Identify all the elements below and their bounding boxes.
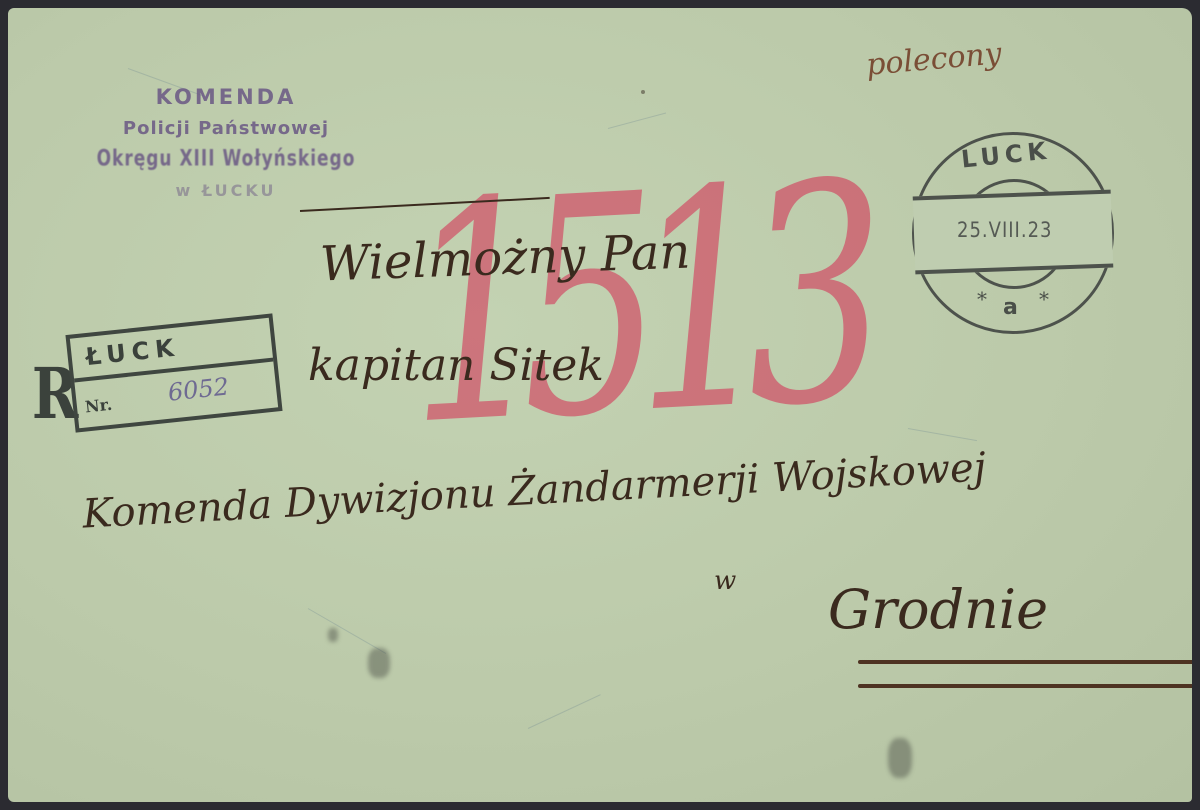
ink-smudge bbox=[888, 738, 912, 778]
sender-stamp-line: w ŁUCKU bbox=[66, 175, 386, 206]
address-line-name: kapitan Sitek bbox=[308, 340, 604, 391]
star-icon: * bbox=[1039, 287, 1049, 311]
registered-note: polecony bbox=[865, 36, 1003, 83]
paper-fiber bbox=[908, 428, 977, 441]
paper-fiber bbox=[308, 608, 386, 654]
city-underline bbox=[858, 684, 1192, 688]
postmark-sub-letter: a bbox=[1003, 295, 1018, 320]
postmark-city: LUCK bbox=[960, 136, 1053, 173]
sender-stamp-line: Okręgu XIII Wołyńskiego bbox=[66, 139, 386, 179]
registration-number: 6052 bbox=[167, 372, 231, 406]
ink-smudge bbox=[368, 648, 390, 678]
registration-office: ŁUCK bbox=[70, 318, 274, 383]
ink-smudge bbox=[328, 628, 338, 642]
registration-box: ŁUCK Nr. 6052 bbox=[65, 313, 282, 432]
star-icon: * bbox=[977, 287, 987, 311]
sender-stamp: KOMENDA Policji Państwowej Okręgu XIII W… bbox=[66, 82, 386, 206]
registration-number-prefix: Nr. bbox=[84, 395, 113, 417]
sender-stamp-line: KOMENDA bbox=[66, 82, 386, 113]
paper-fiber bbox=[608, 112, 666, 128]
postmark: LUCK 25.VIII.23 * a * bbox=[912, 132, 1114, 334]
red-crayon-mark: 1513 bbox=[398, 144, 866, 467]
paper-fiber bbox=[528, 694, 601, 729]
postmark-date: 25.VIII.23 bbox=[957, 218, 1053, 243]
registration-label: R ŁUCK Nr. 6052 bbox=[18, 306, 288, 456]
address-line-preposition: w bbox=[714, 566, 736, 596]
paper-spot bbox=[641, 90, 645, 94]
city-underline bbox=[858, 660, 1192, 664]
address-line-city: Grodnie bbox=[828, 578, 1048, 641]
envelope: KOMENDA Policji Państwowej Okręgu XIII W… bbox=[8, 8, 1192, 802]
